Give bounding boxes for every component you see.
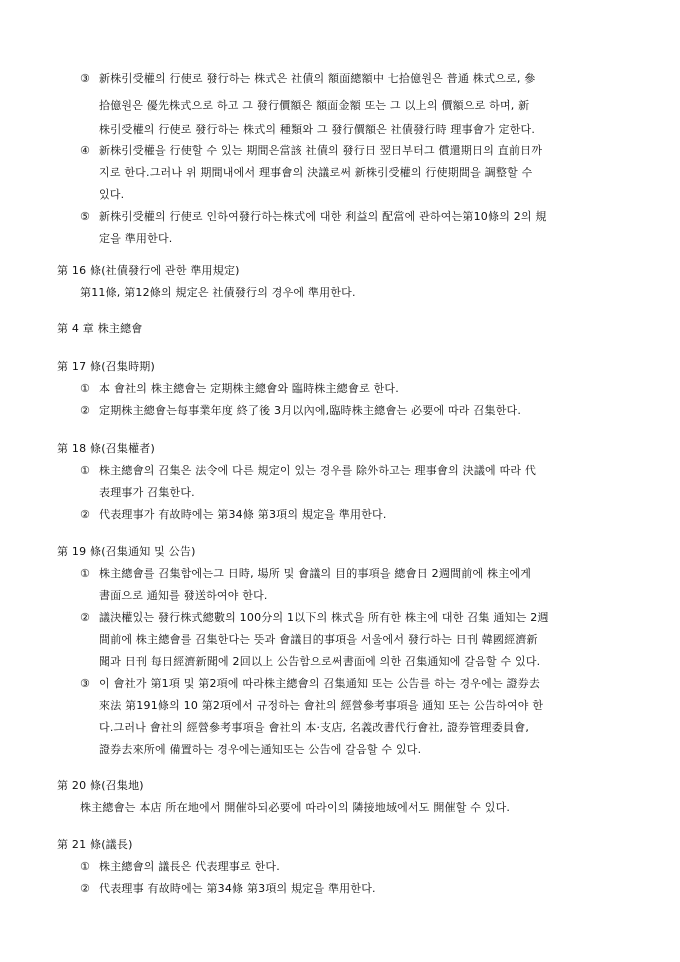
item-text-line: 代表理事가 有故時에는 第34條 第3項의 規定을 準用한다. (99, 508, 387, 522)
item-number: ⑤ (80, 210, 90, 224)
item-text-line: 新株引受權의 行使로 인하여發行하는株式에 대한 利益의 配當에 관하여는第10… (99, 210, 547, 224)
item-text-line: 來法 第191條의 10 第2項에서 규정하는 會社의 經營參考事項을 通知 또… (99, 699, 543, 713)
article-16-body: 第11條, 第12條의 規定은 社債發行의 경우에 準用한다. (80, 286, 356, 300)
chapter-4-heading: 第 4 章 株主總會 (57, 322, 143, 336)
item-number: ④ (80, 144, 90, 158)
article-16-heading: 第 16 條(社債發行에 관한 準用規定) (57, 264, 240, 278)
item-text-line: 지로 한다.그러나 위 期間내에서 理事會의 決議로써 新株引受權의 行使期間을… (99, 166, 532, 180)
item-text-line: 本 會社의 株主總會는 定期株主總會와 臨時株主總會로 한다. (99, 382, 399, 396)
item-text-line: 表理事가 召集한다. (99, 486, 195, 500)
article-20-heading: 第 20 條(召集地) (57, 779, 144, 793)
item-text-line: 證券去來所에 備置하는 경우에는通知또는 公告에 갈음할 수 있다. (99, 743, 421, 757)
item-number: ① (80, 567, 90, 581)
item-number: ① (80, 382, 90, 396)
item-text-line: 代表理事 有故時에는 第34條 第3項의 規定을 準用한다. (99, 882, 376, 896)
item-text-line: 株引受權의 行使로 發行하는 株式의 種類와 그 發行價額은 社債發行時 理事會… (99, 123, 535, 137)
item-text-line: 議決權있는 發行株式總數의 100分의 1以下의 株式을 所有한 株主에 대한 … (99, 611, 549, 625)
item-number: ③ (80, 72, 90, 86)
item-text-line: 이 會社가 第1項 및 第2項에 따라株主總會의 召集通知 또는 公告를 하는 … (99, 677, 540, 691)
item-text-line: 다.그러나 會社의 經營參考事項을 會社의 本·支店, 名義改書代行會社, 證券… (99, 721, 529, 735)
document-page: ③ 新株引受權의 行使로 發行하는 株式은 社債의 額面總額中 七拾億원은 普通… (0, 0, 680, 962)
article-19-heading: 第 19 條(召集通知 및 公告) (57, 545, 196, 559)
item-number: ① (80, 860, 90, 874)
article-21-heading: 第 21 條(議長) (57, 838, 133, 852)
item-text-line: 新株引受權의 行使로 發行하는 株式은 社債의 額面總額中 七拾億원은 普通 株… (99, 72, 535, 86)
item-number: ③ (80, 677, 90, 691)
item-text-line: 拾億원은 優先株式으로 하고 그 發行價額은 額面金額 또는 그 以上의 價額으… (99, 99, 529, 113)
item-text-line: 株主總會의 召集은 法令에 다른 規定이 있는 경우를 除外하고는 理事會의 決… (99, 464, 536, 478)
item-text-line: 株主總會를 召集함에는그 日時, 場所 및 會議의 目的事項을 總會日 2週間前… (99, 567, 531, 581)
item-text-line: 株主總會의 議長은 代表理事로 한다. (99, 860, 280, 874)
item-text-line: 新株引受權을 行使할 수 있는 期間은當該 社債의 發行日 翌日부터그 償還期日… (99, 144, 542, 158)
item-text-line: 定期株主總會는每事業年度 終了後 3月以內에,臨時株主總會는 必要에 따라 召集… (99, 404, 521, 418)
item-text-line: 書面으로 通知를 發送하여야 한다. (99, 589, 268, 603)
item-number: ① (80, 464, 90, 478)
item-text-line: 間前에 株主總會를 召集한다는 뜻과 會議目的事項을 서울에서 發行하는 日刊 … (99, 633, 538, 647)
item-text-line: 있다. (99, 188, 124, 202)
item-number: ② (80, 508, 90, 522)
article-17-heading: 第 17 條(召集時期) (57, 360, 155, 374)
item-text-line: 聞과 日刊 每日經濟新聞에 2回以上 公告함으로써書面에 의한 召集通知에 갈음… (99, 655, 540, 669)
article-20-body: 株主總會는 本店 所在地에서 開催하되必要에 따라이의 隣接地域에서도 開催할 … (80, 801, 510, 815)
item-number: ② (80, 611, 90, 625)
item-text-line: 定을 準用한다. (99, 232, 172, 246)
article-18-heading: 第 18 條(召集權者) (57, 442, 155, 456)
item-number: ② (80, 882, 90, 896)
item-number: ② (80, 404, 90, 418)
